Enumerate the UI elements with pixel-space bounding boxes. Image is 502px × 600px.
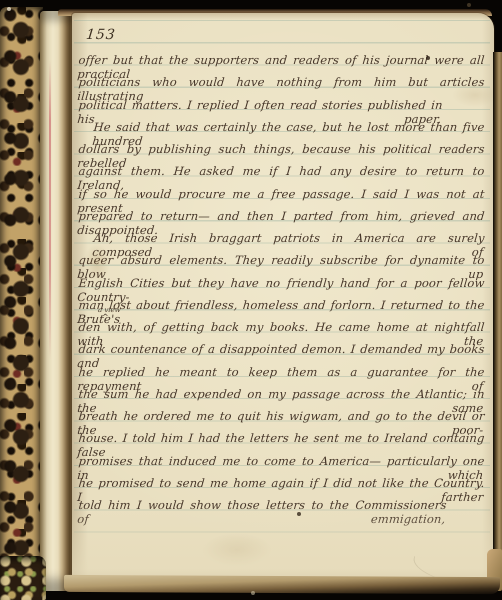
dust-specks: [0, 0, 2, 2]
diary-page: 153 offer but that the supporters and re…: [72, 13, 494, 585]
gutter-page-edges: [40, 11, 76, 591]
insertion-text: a view: [98, 306, 121, 314]
page-number: 153: [85, 27, 116, 43]
ruling-fade-overlay: [72, 505, 494, 585]
fore-edge-sliver: [493, 52, 502, 589]
marbled-cover-strip: [0, 7, 43, 595]
gutter-red-line: [49, 60, 51, 360]
cover-fragment-bottom-left: [0, 556, 46, 600]
page-stack-bottom-edge: [64, 575, 500, 594]
photo-frame: 153 offer but that the supporters and re…: [0, 0, 502, 600]
insertion-caret: ^: [102, 313, 109, 322]
